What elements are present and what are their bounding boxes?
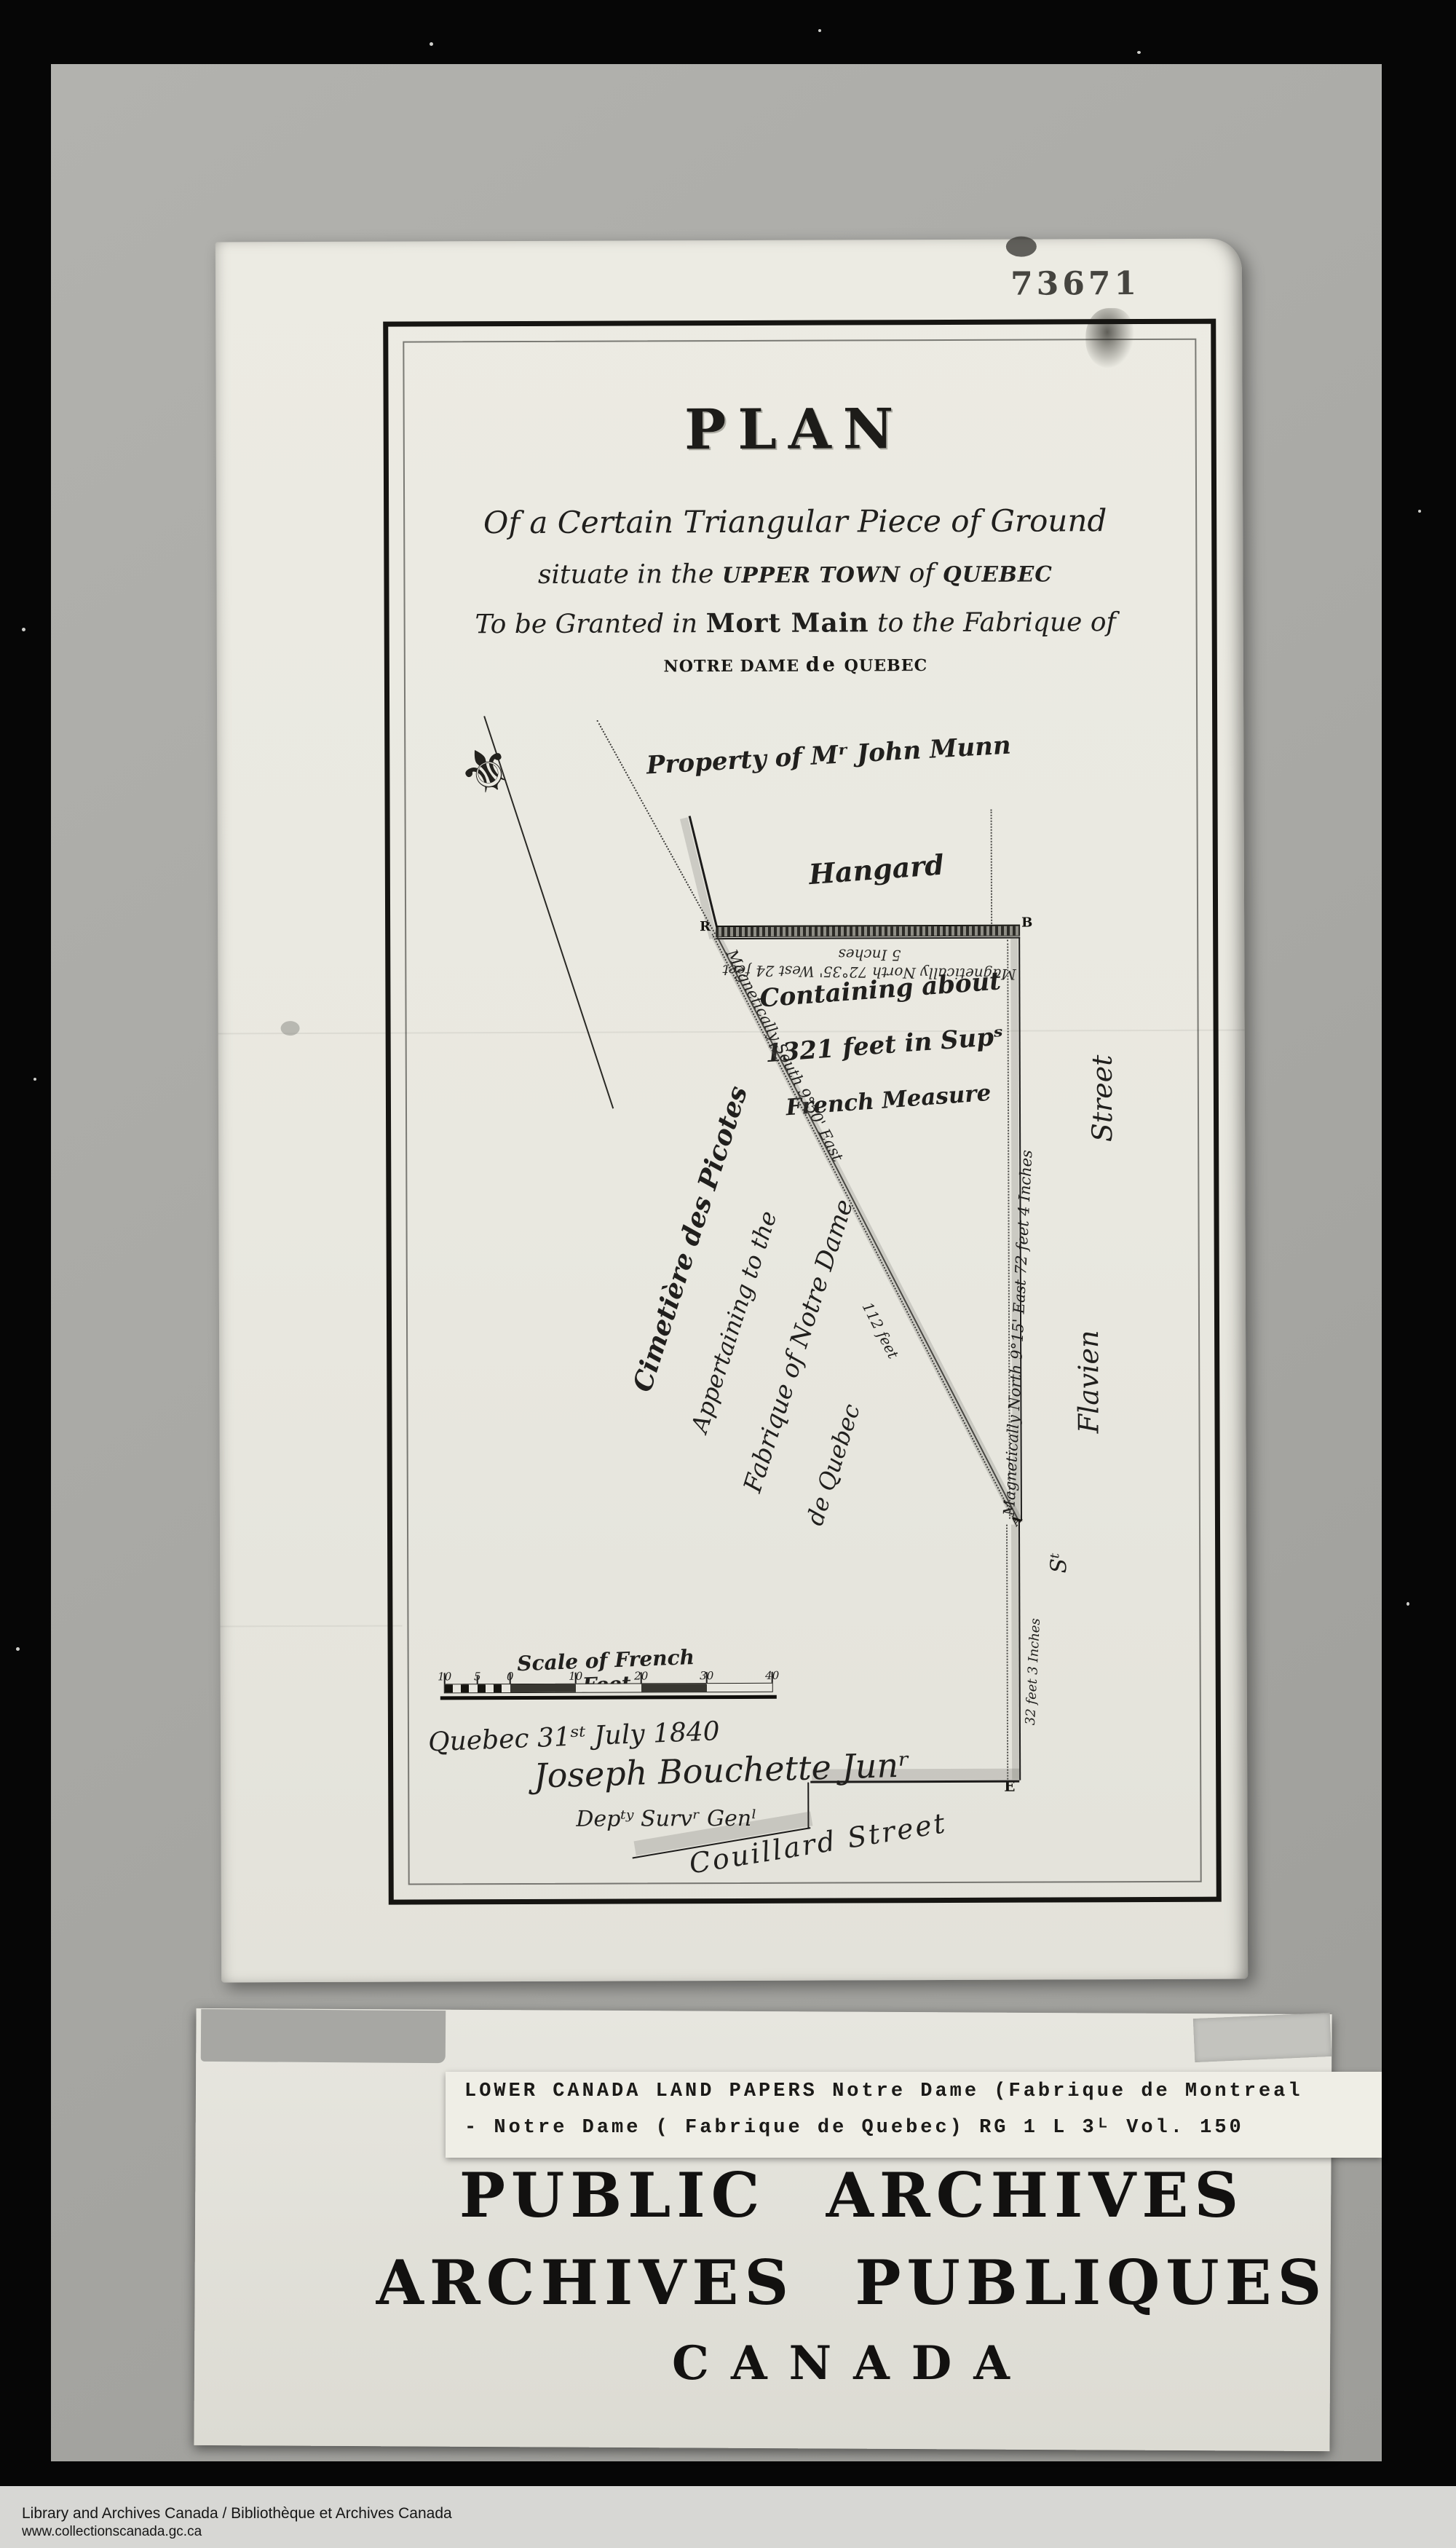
film-speck xyxy=(818,29,821,32)
edge-smudge xyxy=(281,1021,300,1036)
subtitle-2-uppertown: Upper Town xyxy=(722,561,901,588)
film-speck xyxy=(16,1647,20,1651)
archival-photo-page: 73671 PLAN Of a Certain Triangular Piece… xyxy=(0,0,1456,2548)
subtitle-2-text: situate in the xyxy=(538,559,722,590)
public-archives-title-fr: ARCHIVES PUBLIQUES xyxy=(306,2247,1398,2319)
public-archives-title-en: PUBLIC ARCHIVES xyxy=(306,2159,1398,2231)
subtitle-4-de: de xyxy=(806,653,838,676)
plan-subtitle-4: Notre Dame de Quebec xyxy=(428,652,1163,678)
subtitle-2-of: of xyxy=(901,559,943,588)
subtitle-4-quebec: Quebec xyxy=(838,656,927,675)
subtitle-3-text: To be Granted in xyxy=(475,609,705,639)
footer-band: Library and Archives Canada / Bibliothèq… xyxy=(0,2486,1456,2548)
plan-subtitle-1: Of a Certain Triangular Piece of Ground xyxy=(427,502,1163,541)
typed-reference-strip: LOWER CANADA LAND PAPERS Notre Dame (Fab… xyxy=(446,2072,1382,2158)
subtitle-4-notredame: Notre Dame xyxy=(663,657,805,677)
public-archives-canada: CANADA xyxy=(306,2336,1398,2391)
surveyor-title: Depᵗʸ Survʳ Genˡ xyxy=(576,1806,756,1832)
scale-bar-baseline xyxy=(440,1695,777,1700)
fold-crease xyxy=(220,1625,402,1628)
footer-url: www.collectionscanada.gc.ca xyxy=(22,2524,202,2540)
plan-title: PLAN xyxy=(456,395,1133,462)
street-side-word-st: Sᵗ xyxy=(1046,1522,1072,1573)
film-speck xyxy=(22,628,25,631)
typed-reference-line2: - Notre Dame ( Fabrique de Quebec) RG 1 … xyxy=(464,2117,1244,2139)
tape-piece xyxy=(1193,2013,1332,2062)
typed-reference-line1: LOWER CANADA LAND PAPERS Notre Dame (Fab… xyxy=(464,2080,1303,2102)
subtitle-2-quebec: Quebec xyxy=(943,561,1053,587)
film-speck xyxy=(1406,1602,1409,1606)
ink-stain xyxy=(1006,237,1037,257)
street-side-word-street: Street xyxy=(1085,1003,1118,1142)
film-speck xyxy=(33,1078,36,1081)
scale-bar: 10 5 0 10 20 30 40 xyxy=(444,1669,779,1703)
top-boundary-band xyxy=(716,925,1020,937)
film-speck xyxy=(1418,510,1421,513)
scale-bar-segments xyxy=(444,1683,773,1694)
plan-subtitle-2: situate in the Upper Town of Quebec xyxy=(427,558,1163,591)
subtitle-3-fabrique: to the Fabrique of xyxy=(869,607,1116,638)
footer-institution-line: Library and Archives Canada / Bibliothèq… xyxy=(22,2505,452,2523)
negative-number-stamp: 73671 xyxy=(1010,265,1140,303)
point-label-b: B xyxy=(1021,915,1032,931)
film-speck xyxy=(1137,51,1141,54)
plan-subtitle-3: To be Granted in Mort Main to the Fabriq… xyxy=(428,607,1163,640)
street-side-word-flavien: Flavien xyxy=(1072,1236,1105,1433)
subtitle-3-mortmain: Mort Main xyxy=(706,607,869,639)
torn-card-edge xyxy=(201,2009,446,2063)
plan-sheet: 73671 PLAN Of a Certain Triangular Piece… xyxy=(215,239,1248,1983)
film-speck xyxy=(430,42,433,46)
